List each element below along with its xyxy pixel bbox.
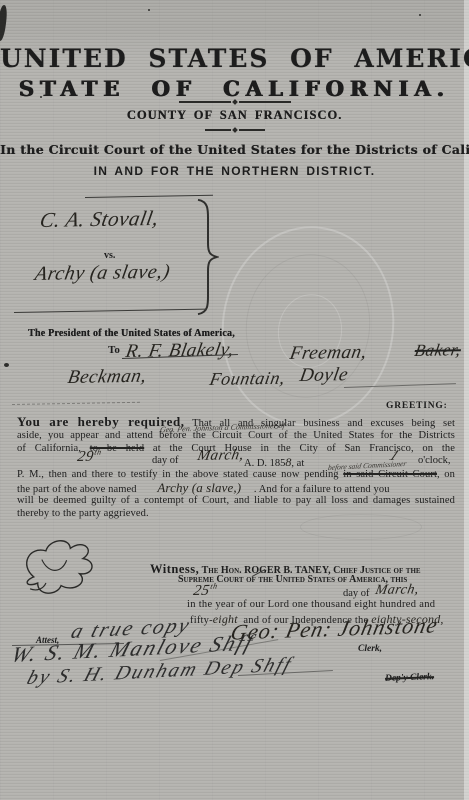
title-state-california: STATE OF CALIFORNIA. <box>0 76 469 101</box>
versus-label: vs. <box>104 250 115 261</box>
witness-name-freeman: Freeman, <box>288 342 369 365</box>
scan-blemish <box>0 5 8 42</box>
ornament-divider <box>179 100 291 104</box>
county-line: COUNTY OF SAN FRANCISCO. <box>0 108 469 123</box>
caption-top-rule <box>85 195 213 199</box>
ornament-divider <box>205 128 265 132</box>
body-text: at the Court House in the City of San Fr… <box>144 443 455 454</box>
witness-name-blakely: R. F. Blakely, <box>124 339 236 363</box>
faded-rule <box>12 402 140 405</box>
body-line-7: will be deemed guilty of a contempt of C… <box>17 494 455 507</box>
body-text: P. M., then and there to testify in the … <box>17 469 343 480</box>
hw-day-suffix: th <box>94 448 103 457</box>
print-day-of: day of <box>343 588 370 599</box>
body-line-2: aside, you appear and attend before the … <box>17 429 455 442</box>
hw-witness-day: 25th <box>192 582 218 600</box>
watermark-seal-outer <box>209 215 407 437</box>
monogram-flourish <box>15 532 103 600</box>
circuit-court-line: In the Circuit Court of the United State… <box>0 142 469 157</box>
hw-day-suffix: th <box>210 582 219 591</box>
witness-line-4: in the year of our Lord one thousand eig… <box>187 599 435 610</box>
pen-flourish-doyle <box>344 383 456 388</box>
scan-speck <box>148 9 150 11</box>
body-line-8: thereby to the party aggrieved. <box>17 507 455 520</box>
body-text: , on <box>437 469 455 480</box>
hw-defendant-inline: Archy (a slave,) <box>157 480 241 495</box>
print-fifty: fifty- <box>190 615 213 626</box>
hw-month: March, <box>196 447 245 465</box>
to-label: To <box>108 344 120 356</box>
struck-text-circuit-court: in said Circuit Court <box>343 469 437 480</box>
defendant-name: Archy (a slave,) <box>33 261 172 286</box>
title-united-states: UNITED STATES OF AMERICA, <box>0 44 469 73</box>
northern-district-line: IN AND FOR THE NORTHERN DISTRICT. <box>0 164 469 178</box>
caption-bottom-rule <box>14 309 206 314</box>
hw-day-number: 29th <box>76 448 102 466</box>
document-page: UNITED STATES OF AMERICA, STATE OF CALIF… <box>0 0 469 800</box>
greeting-label: GREETING: <box>386 401 448 411</box>
witness-name-doyle: Doyle <box>298 364 350 387</box>
plaintiff-name: C. A. Stovall, <box>38 206 161 233</box>
clerk-label: Clerk, <box>358 644 382 654</box>
scan-speck <box>419 14 421 16</box>
scan-speck <box>4 363 9 367</box>
witness-name-beckman: Beckman, <box>66 366 149 389</box>
print-oclock: o'clock, <box>418 455 451 466</box>
deputy-clerk-label: Dep'y Clerk. <box>385 672 434 684</box>
president-line: The President of the United States of Am… <box>28 328 235 339</box>
hw-witness-month: March, <box>374 582 420 599</box>
caption-brace <box>195 198 219 316</box>
hw-day: 25 <box>192 583 211 599</box>
witness-name-fountain: Fountain, <box>208 368 287 390</box>
hw-day: 29 <box>76 449 95 465</box>
print-day-of: day of <box>152 455 179 466</box>
witness-name-baker: Baker, <box>413 340 463 361</box>
